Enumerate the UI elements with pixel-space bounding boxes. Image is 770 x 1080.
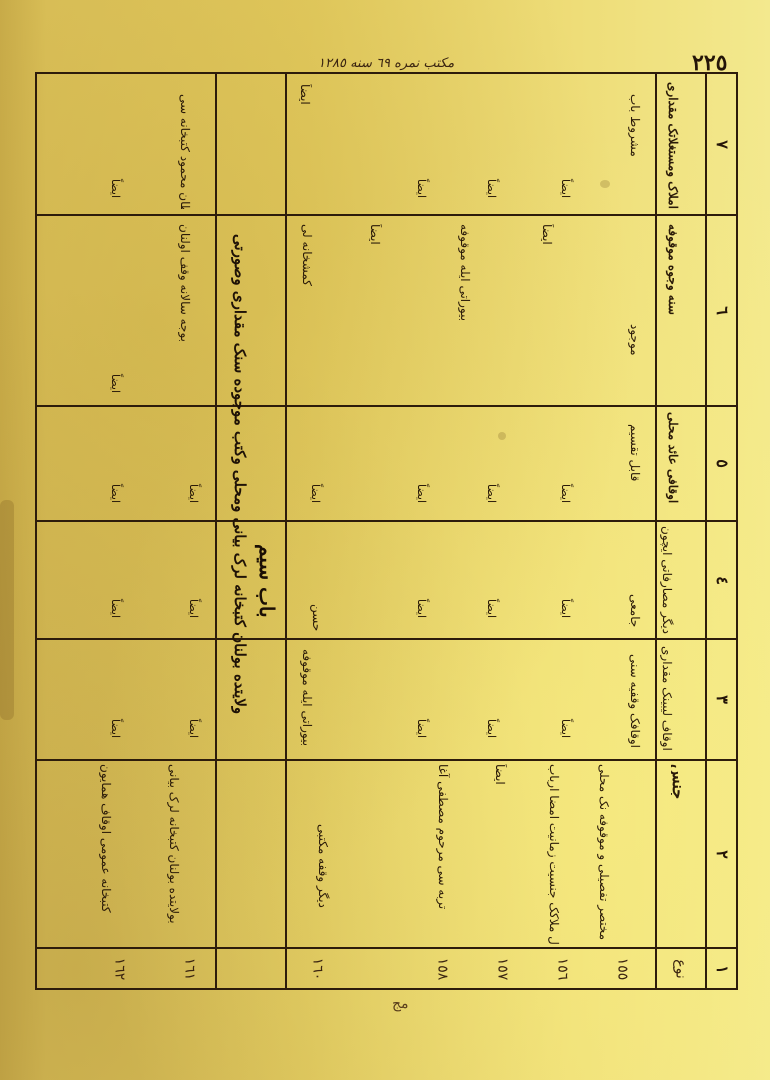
- entry-155-col6: موجود: [627, 324, 642, 394]
- entry-160-col6: کمشخانه لی: [299, 224, 314, 399]
- column-number-1: ١: [707, 949, 738, 989]
- header-col3: اوقاف لیبینک مقداری: [659, 646, 674, 754]
- header-col6: سنه وجوه موقوفه: [665, 224, 680, 399]
- header-note: مکتب نمره ٦٩ سنه ١٢٨٥: [318, 56, 454, 71]
- entry-158-col7: ایضاً: [415, 179, 428, 198]
- entry-157-col3: ایضاً: [485, 719, 498, 738]
- entry-161-col7: سلطان محمود کتبخانه سی: [177, 94, 192, 209]
- entry-157-col4: ایضاً: [485, 599, 498, 618]
- row-divider: [37, 214, 736, 216]
- column-number-6: ٦: [707, 216, 738, 405]
- entry-162-col7: ایضاً: [109, 179, 122, 198]
- entry-156-col3: ایضاً: [559, 719, 572, 738]
- entry-161-col3: ایضاً: [187, 719, 200, 738]
- header-col2: جنس: [671, 764, 686, 844]
- column-number-5: ٥: [707, 407, 738, 520]
- entry-number-156: ١٥٦: [537, 949, 587, 989]
- entry-160-col4: حسن: [309, 604, 324, 634]
- header-col7: املاک ومستغلاتک مقداری: [665, 82, 680, 210]
- entry-number-157: ١٥٧: [477, 949, 527, 989]
- entry-162-col3: ایضاً: [109, 719, 122, 738]
- entry-157-col2: ایضاً: [492, 764, 507, 944]
- entry-161-col2: بولایتده بولنان کتبخانه لرک بیانی: [167, 764, 180, 944]
- entry-160-col5: ایضاً: [309, 484, 322, 503]
- entry-156-col6: ایضاً: [539, 224, 554, 399]
- entry-157-col7: ایضاً: [485, 179, 498, 198]
- header-col4: دیگر مصارفاتی ایچون: [659, 526, 674, 634]
- column-number-2: ٢: [707, 761, 738, 947]
- entry-155-col4: جامعی: [627, 594, 642, 634]
- footer-mark: مج: [392, 996, 409, 1012]
- entry-162-col2: کتبخانه عمومی اوقاف همایون: [99, 764, 112, 944]
- entry-158-col5: ایضاً: [415, 484, 428, 503]
- column-divider: [285, 74, 287, 988]
- entry-158-col4: ایضاً: [415, 599, 428, 618]
- section-heading: ولایتده بولنان کتبخانه لرک بیانی ومحلی و…: [220, 214, 260, 734]
- entry-number-160: ١٦٠: [287, 949, 347, 989]
- entry-161-col5: ایضاً: [187, 484, 200, 503]
- register-table: ٧ ٦ ٥ ٤ ٣ ٢ ١ املاک ومستغلاتک مقداری سنه…: [35, 72, 738, 990]
- column-number-3: ٣: [707, 640, 738, 759]
- entry-157-col6: بیوراتی ایله موقوفه: [457, 224, 472, 399]
- row-divider: [37, 638, 736, 640]
- row-divider: [37, 759, 736, 761]
- entry-155-col2: وقف ایلن مختصر تفصیلی و موقوفه نک محلی: [597, 764, 610, 944]
- header-type-label: نوع: [657, 949, 705, 989]
- entry-160-col2: دیگر وقفه مکتبی: [315, 824, 330, 934]
- column-number-7: ٧: [707, 74, 738, 214]
- entry-161-col4: ایضاً: [187, 599, 200, 618]
- entry-156-col7: ایضاً: [559, 179, 572, 198]
- entry-155-col7: مشروط باب: [627, 94, 642, 209]
- entry-156-col2: احوال ملاکک جنسیت زمانیت امضا ارباب: [547, 764, 560, 944]
- column-divider: [655, 74, 657, 988]
- entry-162-col4: ایضاً: [109, 599, 122, 618]
- entry-156-col5: ایضاً: [559, 484, 572, 503]
- entry-160-col3: بیوراتی ایله موقوفه: [299, 649, 314, 754]
- column-number-4: ٤: [707, 522, 738, 638]
- entry-number-162: ١٦٢: [97, 949, 142, 989]
- entry-157-col5: ایضاً: [485, 484, 498, 503]
- column-divider: [215, 74, 217, 988]
- entry-158-col3: ایضاً: [415, 719, 428, 738]
- entry-162-col5: ایضاً: [109, 484, 122, 503]
- entry-155-col5: قابل تقسیم: [627, 424, 642, 514]
- row-divider: [37, 405, 736, 407]
- entry-162-col6: ایضاً: [109, 374, 122, 393]
- entry-161-col6: بوجه سالانه وقف اولنان: [177, 224, 192, 399]
- entry-number-155: ١٥٥: [597, 949, 647, 989]
- entry-158-col2: تربه سی مرحوم مصطفی آغا: [435, 764, 450, 944]
- entry-160-col7: ایضاً: [297, 84, 312, 212]
- entry-number-161: ١٦١: [167, 949, 212, 989]
- entry-156-col4: ایضاً: [559, 599, 572, 618]
- paper-stain: [0, 500, 14, 720]
- entry-158-col6: ایضاً: [367, 224, 382, 399]
- entry-number-158: ١٥٨: [417, 949, 467, 989]
- row-divider: [37, 520, 736, 522]
- header-col5: اوقافی عائد محلی: [665, 412, 680, 516]
- section-title: باب سیم: [255, 544, 279, 618]
- entry-155-col3: اوقافک وقفیه سنی: [627, 654, 642, 754]
